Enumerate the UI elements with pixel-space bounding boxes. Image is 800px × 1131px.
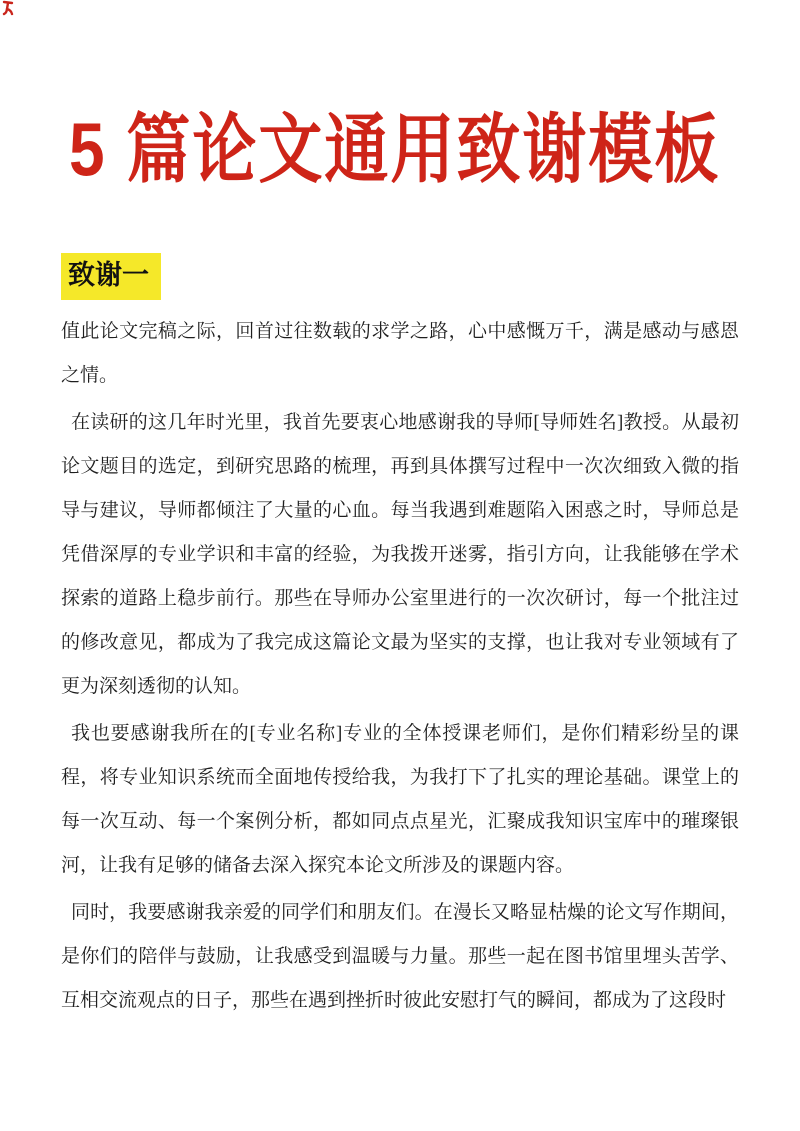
section-heading-row: 致谢一 [61,253,739,300]
paragraph: 我也要感谢我所在的[专业名称]专业的全体授课老师们，是你们精彩纷呈的课程，将专业… [61,712,739,888]
section-heading-highlight: 致谢一 [61,253,161,300]
document-content: 5 篇论文通用致谢模板 致谢一 值此论文完稿之际，回首过往数载的求学之路，心中感… [0,112,800,1023]
page-title: 5 篇论文通用致谢模板 [69,112,739,188]
paragraph: 同时，我要感谢我亲爱的同学们和朋友们。在漫长又略显枯燥的论文写作期间，是你们的陪… [61,891,739,1023]
paragraph: 值此论文完稿之际，回首过往数载的求学之路，心中感慨万千，满是感动与感恩之情。 [61,310,739,398]
corner-mark-icon [2,0,15,17]
paragraph: 在读研的这几年时光里，我首先要衷心地感谢我的导师[导师姓名]教授。从最初论文题目… [61,401,739,709]
document-page: 5 篇论文通用致谢模板 致谢一 值此论文完稿之际，回首过往数载的求学之路，心中感… [0,0,800,1131]
